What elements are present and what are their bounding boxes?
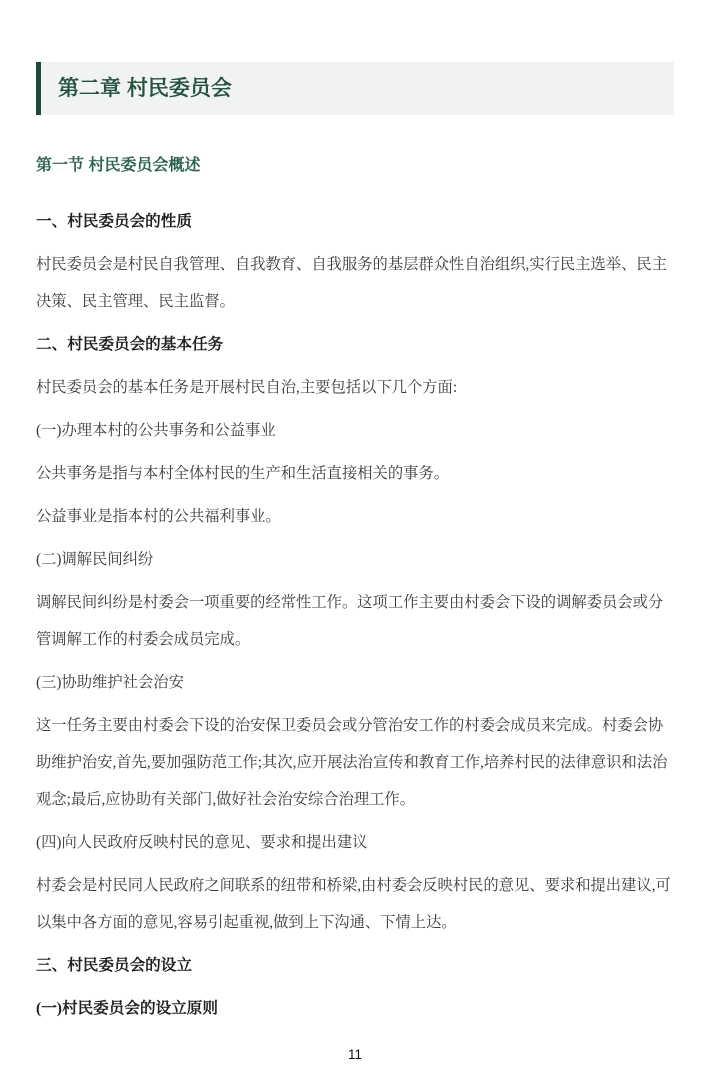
paragraph: 村民委员会是村民自我管理、自我教育、自我服务的基层群众性自治组织,实行民主选举、… (36, 246, 674, 320)
paragraph: 村民委员会的基本任务是开展村民自治,主要包括以下几个方面: (36, 369, 674, 406)
body-heading: 一、村民委员会的性质 (36, 203, 674, 240)
section-title: 第一节 村民委员会概述 (36, 156, 674, 175)
paragraph: (三)协助维护社会治安 (36, 664, 674, 701)
body-heading: 二、村民委员会的基本任务 (36, 326, 674, 363)
paragraph: (四)向人民政府反映村民的意见、要求和提出建议 (36, 824, 674, 861)
paragraph: 这一任务主要由村委会下设的治安保卫委员会或分管治安工作的村委会成员来完成。村委会… (36, 707, 674, 818)
page-number: 11 (0, 1047, 710, 1062)
paragraph: (二)调解民间纠纷 (36, 541, 674, 578)
chapter-header-banner: 第二章 村民委员会 (36, 62, 674, 115)
paragraph: 调解民间纠纷是村委会一项重要的经常性工作。这项工作主要由村委会下设的调解委员会或… (36, 584, 674, 658)
subsection-heading: (一)村民委员会的设立原则 (36, 990, 674, 1027)
paragraph: 村委会是村民同人民政府之间联系的纽带和桥梁,由村委会反映村民的意见、要求和提出建… (36, 867, 674, 941)
chapter-title: 第二章 村民委员会 (58, 75, 657, 102)
document-page: 第二章 村民委员会 第一节 村民委员会概述 一、村民委员会的性质 村民委员会是村… (0, 0, 710, 1092)
paragraph: 公益事业是指本村的公共福利事业。 (36, 498, 674, 535)
paragraph: (一)办理本村的公共事务和公益事业 (36, 412, 674, 449)
paragraph: 公共事务是指与本村全体村民的生产和生活直接相关的事务。 (36, 455, 674, 492)
body-heading: 三、村民委员会的设立 (36, 947, 674, 984)
